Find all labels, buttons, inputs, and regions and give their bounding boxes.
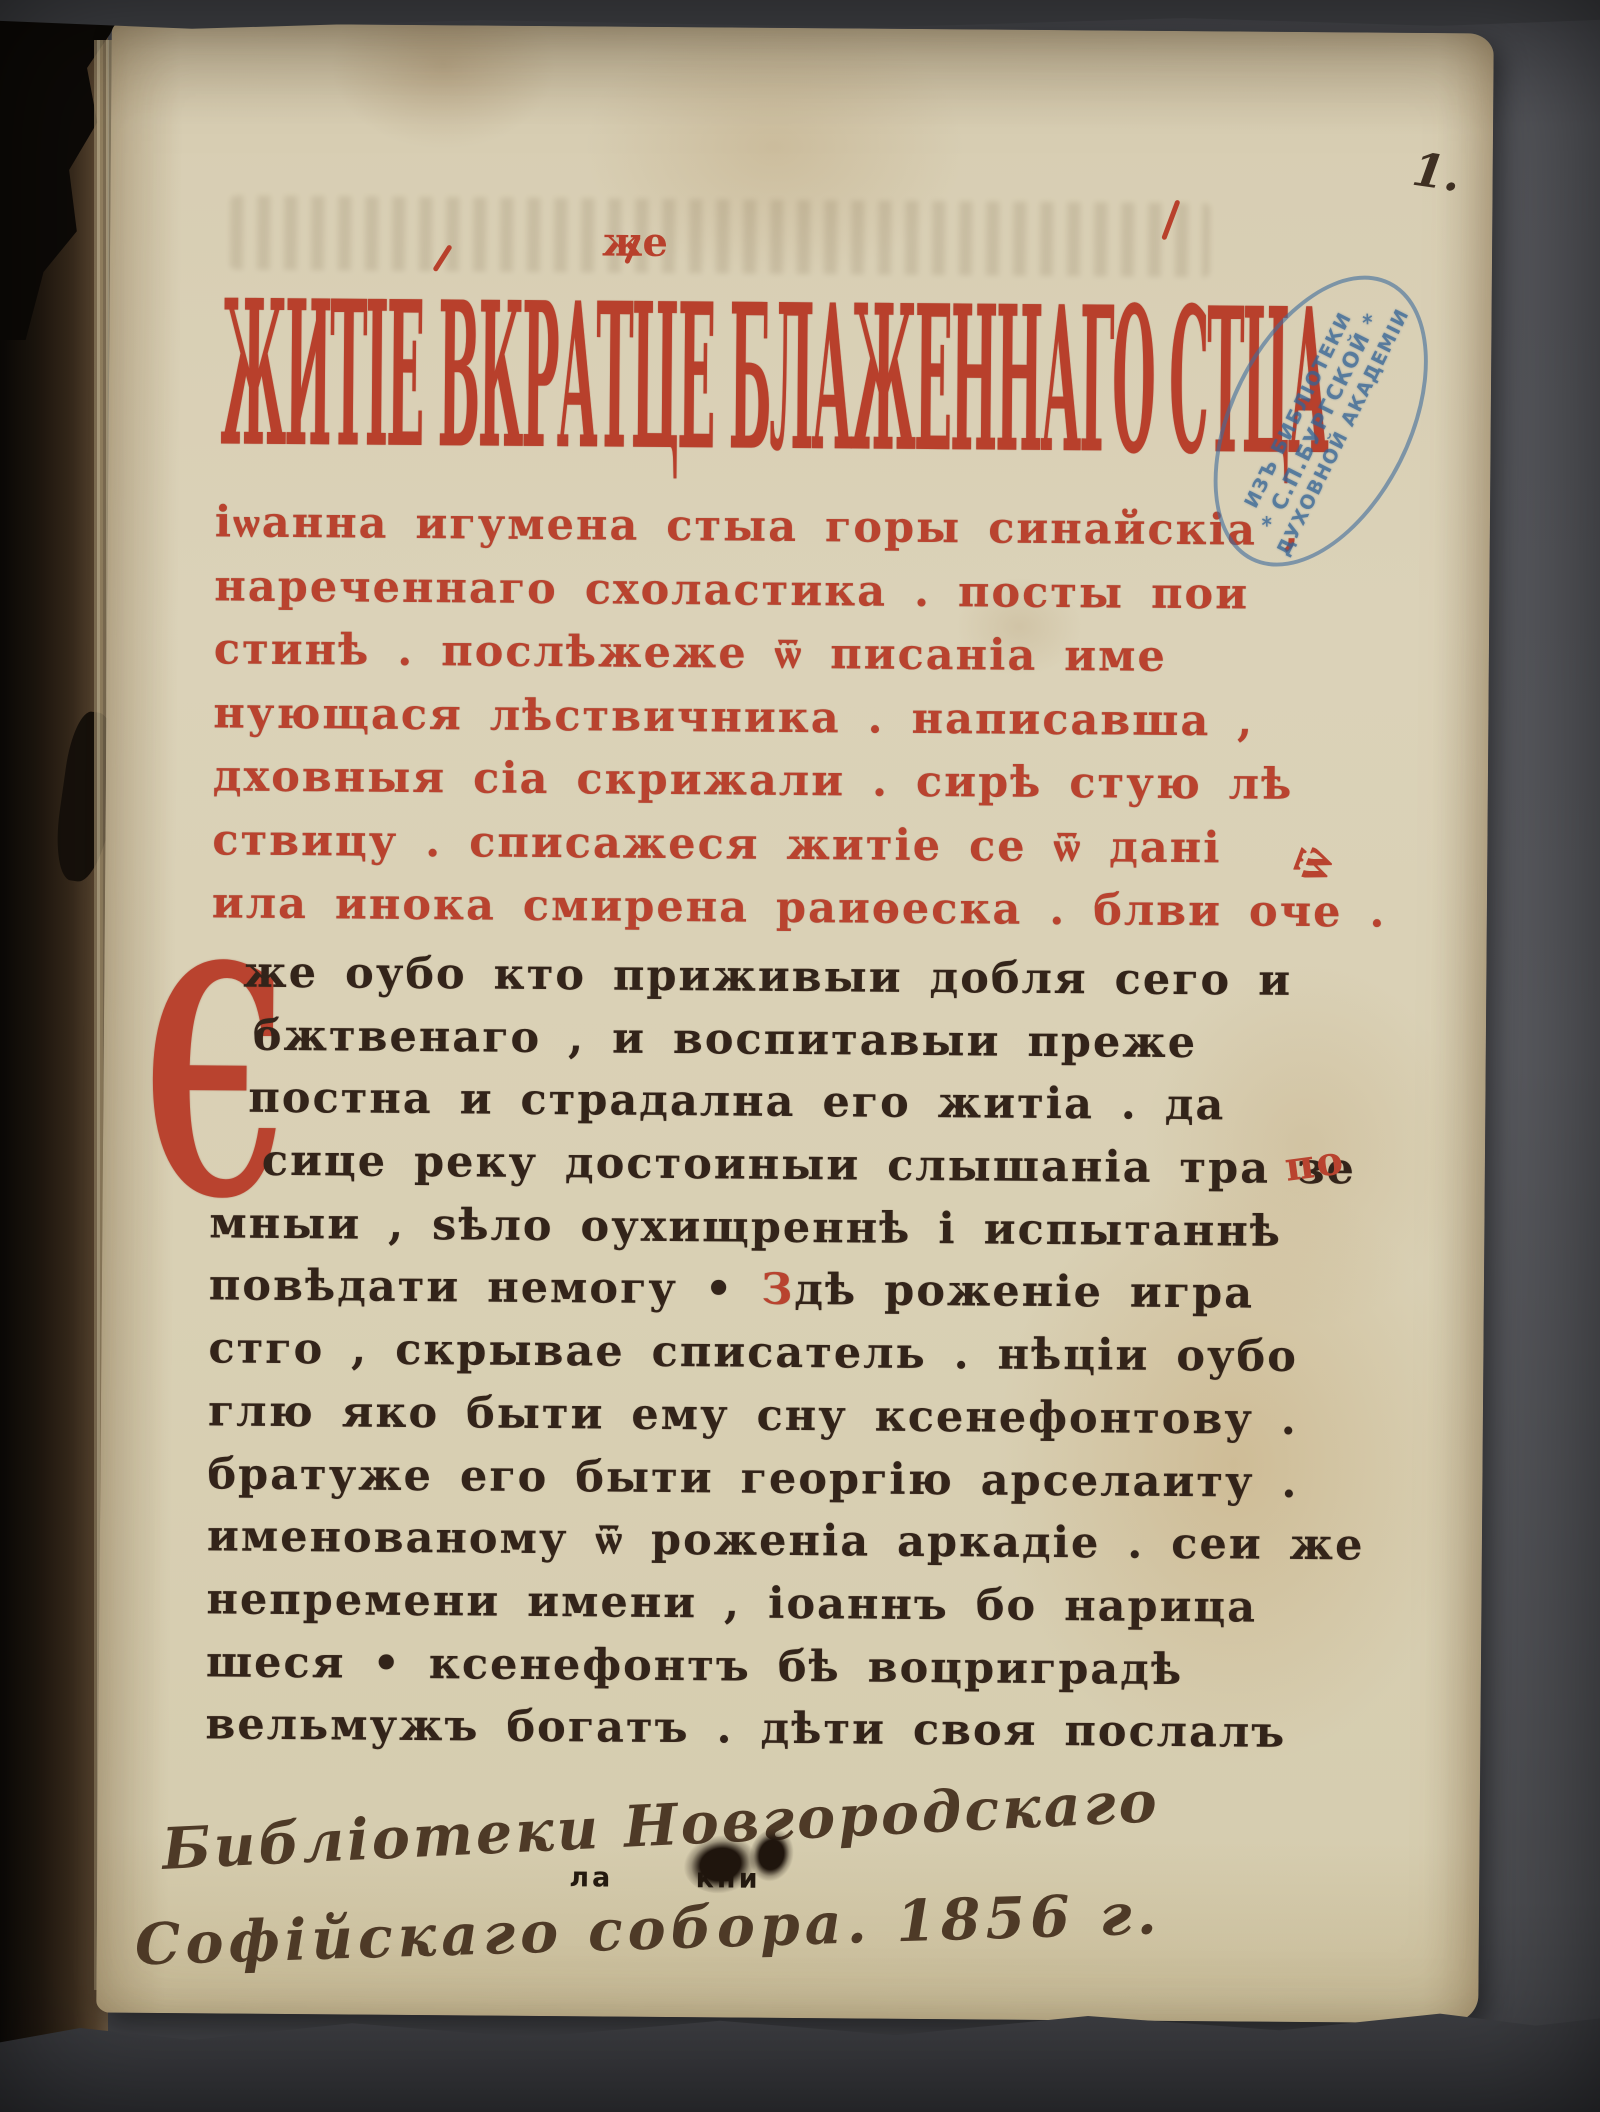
body-line: вельмужъ богатъ . дѣти своя послалъ (205, 1694, 1363, 1766)
rubric-line: іѡанна игумена стыа горы синайскіа , (215, 491, 1390, 564)
body-line: шеся • ксенефонтъ бѣ воцриградѣ (206, 1631, 1364, 1703)
rubric-line: дховныя сіа скрижали . сирѣ стую лѣ (213, 745, 1388, 818)
text-segment: повѣдати немогу • (209, 1261, 762, 1315)
text-segment: мныи , ѕѣло оухищреннѣ і испытаннѣ (209, 1198, 1282, 1256)
rubric-line: нареченнаго схоластика . посты пои (214, 555, 1389, 628)
text-segment: непремени имени , іоаннъ бо нарица (206, 1574, 1257, 1632)
text-segment: именованому ѿ роженіа аркадіе . сеи же (207, 1512, 1365, 1571)
text-segment: бжтвенаго , и воспитавыи преже (253, 1010, 1198, 1067)
body-lines: же оубо кто приживыи добля сего ибжтвена… (205, 941, 1369, 1765)
body-line: братуже его быти георгію арселаиту . (207, 1443, 1365, 1515)
body-line: непремени имени , іоаннъ бо нарица (206, 1568, 1364, 1640)
text-segment: шеся • ксенефонтъ бѣ воцриградѣ (206, 1637, 1184, 1695)
text-segment: З (761, 1265, 794, 1315)
body-line: мныи , ѕѣло оухищреннѣ і испытаннѣ (209, 1192, 1367, 1264)
ownership-inscription-line-2: Софійскаго собора. 1856 г. (134, 1883, 1162, 1977)
manuscript-page: ЖИТІЕ ВКРАТЦЕ БЛАЖЕННАГО СТЦА же іѡанна … (96, 23, 1494, 2024)
text-segment: дѣ роженіе игра (794, 1265, 1254, 1319)
body-line: повѣдати немогу • Здѣ роженіе игра (209, 1255, 1367, 1327)
body-line: же оубо кто приживыи добля сего и (243, 942, 1369, 1014)
rubric-lines: іѡанна игумена стыа горы синайскіа ,наре… (212, 491, 1390, 945)
manuscript-photo: ЖИТІЕ ВКРАТЦЕ БЛАЖЕННАГО СТЦА же іѡанна … (0, 0, 1600, 2112)
rubric-line: ствицу . списажеся житіе се ѿ дані (212, 809, 1387, 882)
text-segment: глю яко быти ему сну ксенефонтову . (208, 1386, 1298, 1445)
body-line: глю яко быти ему сну ксенефонтову . (208, 1380, 1366, 1452)
rubric-line: стинѣ . послѣжеже ѿ писаніа име (214, 618, 1389, 691)
text-segment: постна и страдална его житіа . да (248, 1073, 1225, 1131)
headline-vyaz: ЖИТІЕ ВКРАТЦЕ БЛАЖЕННАГО СТЦА (220, 273, 1328, 482)
text-segment: же оубо кто приживыи добля сего и (243, 948, 1292, 1006)
rubric-line: нующася лѣствичника . написавша , (213, 682, 1388, 755)
body-line: бжтвенаго , и воспитавыи преже (253, 1004, 1369, 1075)
text-segment: братуже его быти георгію арселаиту . (207, 1449, 1298, 1508)
text-segment: вельмужъ богатъ . дѣти своя послалъ (205, 1700, 1286, 1758)
rubric-line: ила инока смирена раиѳеска . блви оче . (212, 872, 1387, 945)
body-line: стго , скрывае списатель . нѣціи оубо (208, 1318, 1366, 1390)
body-line: сице реку достоиныи слышаніа тра зе (262, 1130, 1368, 1201)
body-line: именованому ѿ роженіа аркадіе . сеи же (207, 1506, 1365, 1578)
margin-note-2: по (1283, 1140, 1348, 1188)
text-segment: стго , скрывае списатель . нѣціи оубо (208, 1324, 1298, 1383)
body-line: постна и страдална его житіа . да (248, 1067, 1368, 1138)
text-segment: сице реку достоиныи слышаніа тра зе (262, 1136, 1356, 1195)
folio-number: 1. (1410, 146, 1464, 199)
